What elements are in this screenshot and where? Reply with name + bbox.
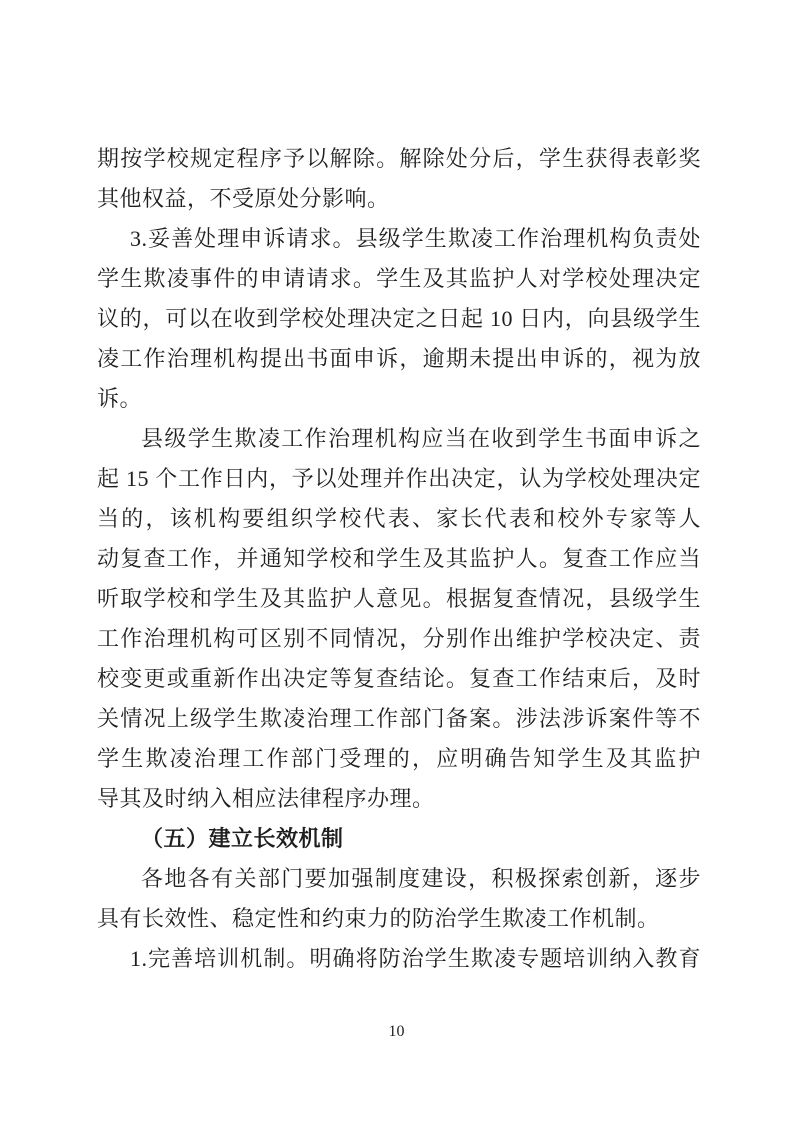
text-line: 学生欺凌治理工作部门受理的，应明确告知学生及其监护人，引: [97, 739, 701, 779]
text-line: 期按学校规定程序予以解除。解除处分后，学生获得表彰奖励及: [97, 139, 701, 179]
text-line: 关情况上级学生欺凌治理工作部门备案。涉法涉诉案件等不宜由: [97, 699, 701, 739]
text-line: 议的，可以在收到学校处理决定之日起 10 日内，向县级学生欺: [97, 299, 701, 339]
section-heading: （五）建立长效机制: [97, 819, 701, 859]
document-body: 期按学校规定程序予以解除。解除处分后，学生获得表彰奖励及 其他权益，不受原处分影…: [97, 139, 701, 979]
text-line: 各地各有关部门要加强制度建设，积极探索创新，逐步建立: [97, 859, 701, 899]
text-line: 起 15 个工作日内，予以处理并作出决定，认为学校处理决定不: [97, 459, 701, 499]
text-line: 导其及时纳入相应法律程序办理。: [97, 779, 701, 819]
text-line: 其他权益，不受原处分影响。: [97, 179, 701, 219]
text-line: 听取学校和学生及其监护人意见。根据复查情况，县级学生欺凌: [97, 579, 701, 619]
text-line: 工作治理机构可区别不同情况，分别作出维护学校决定、责令学: [97, 619, 701, 659]
text-line: 学生欺凌事件的申请请求。学生及其监护人对学校处理决定有异: [97, 259, 701, 299]
document-page: 期按学校规定程序予以解除。解除处分后，学生获得表彰奖励及 其他权益，不受原处分影…: [0, 0, 793, 1122]
text-line: 3.妥善处理申诉请求。县级学生欺凌工作治理机构负责处理: [97, 219, 701, 259]
text-line: 当的，该机构要组织学校代表、家长代表和校外专家等人员，启: [97, 499, 701, 539]
text-line: 诉。: [97, 379, 701, 419]
text-line: 校变更或重新作出决定等复查结论。复查工作结束后，及时将有: [97, 659, 701, 699]
text-line: 动复查工作，并通知学校和学生及其监护人。复查工作应当分别: [97, 539, 701, 579]
text-line: 县级学生欺凌工作治理机构应当在收到学生书面申诉之日: [97, 419, 701, 459]
text-line: 凌工作治理机构提出书面申诉，逾期未提出申诉的，视为放弃申: [97, 339, 701, 379]
page-number: 10: [0, 1021, 793, 1043]
text-line: 1.完善培训机制。明确将防治学生欺凌专题培训纳入教育党: [97, 939, 701, 979]
text-line: 具有长效性、稳定性和约束力的防治学生欺凌工作机制。: [97, 899, 701, 939]
